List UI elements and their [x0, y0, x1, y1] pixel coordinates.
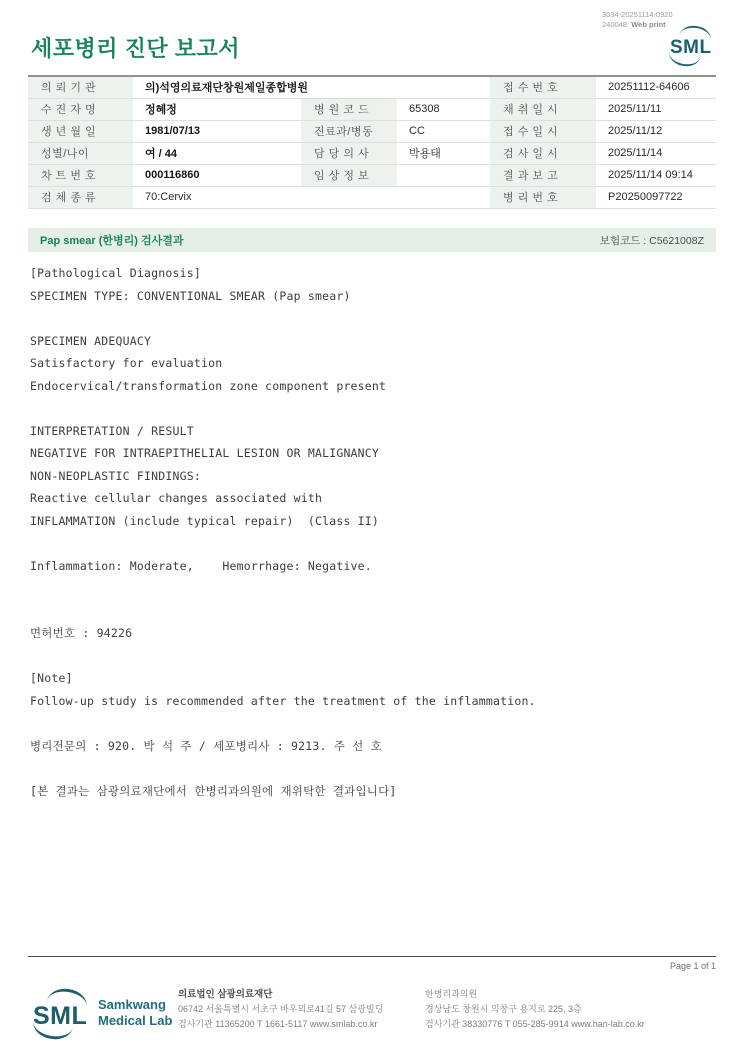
report-body-text: [Pathological Diagnosis] SPECIMEN TYPE: … [30, 262, 710, 802]
table-row: 성별/나이 여 / 44 담 당 의 사 박용태 검 사 일 시 2025/11… [28, 142, 716, 164]
org-info: 의료법인 삼광의료재단 06742 서울특별시 서초구 바우뫼로41길 57 삼… [178, 987, 383, 1032]
value-receipt-date: 2025/11/12 [596, 120, 716, 142]
partner-info: 한병리과의원 경상남도 창원시 의창구 용지로 225, 3층 검사기관 383… [425, 987, 645, 1032]
table-row: 생 년 월 일 1981/07/13 진료과/병동 CC 접 수 일 시 202… [28, 120, 716, 142]
label-receipt-no: 접 수 번 호 [490, 76, 596, 98]
value-clinical-info [397, 164, 490, 186]
org-contact: 검사기관 11365200 T 1661-5117 www.smlab.co.k… [178, 1017, 383, 1032]
label-hospital-code: 병 원 코 드 [301, 98, 397, 120]
footer-divider [28, 956, 716, 957]
patient-info-table: 의 뢰 기 관 의)석영의료재단창원제일종합병원 접 수 번 호 2025111… [28, 75, 716, 209]
value-receipt-no: 20251112-64606 [596, 76, 716, 98]
page-number-label: Page 1 of 1 [28, 961, 716, 971]
page-title: 세포병리 진단 보고서 [31, 32, 240, 63]
label-sex-age: 성별/나이 [28, 142, 133, 164]
label-specimen-type: 검 체 종 류 [28, 186, 133, 208]
print-meta: 3034-20251114-0920 240048 Web print [602, 10, 673, 30]
insurance-code: 보험코드 : C5621008Z [600, 233, 704, 248]
label-requesting-org: 의 뢰 기 관 [28, 76, 133, 98]
value-specimen-type: 70:Cervix [133, 186, 490, 208]
value-test-date: 2025/11/14 [596, 142, 716, 164]
result-section-bar: Pap smear (한병리) 검사결과 보험코드 : C5621008Z [28, 228, 716, 252]
label-birth-date: 생 년 월 일 [28, 120, 133, 142]
label-department: 진료과/병동 [301, 120, 397, 142]
value-requesting-org: 의)석영의료재단창원제일종합병원 [133, 76, 490, 98]
table-row: 차 트 번 호 000116860 임 상 정 보 결 과 보 고 2025/1… [28, 164, 716, 186]
sml-footer-logo-icon: SML [30, 989, 92, 1039]
label-clinical-info: 임 상 정 보 [301, 164, 397, 186]
value-pathology-no: P20250097722 [596, 186, 716, 208]
label-pathology-no: 병 리 번 호 [490, 186, 596, 208]
table-row: 의 뢰 기 관 의)석영의료재단창원제일종합병원 접 수 번 호 2025111… [28, 76, 716, 98]
label-result-report: 결 과 보 고 [490, 164, 596, 186]
org-name: 의료법인 삼광의료재단 [178, 987, 383, 1002]
lab-name: Samkwang Medical Lab [98, 997, 172, 1029]
table-row: 수 진 자 명 정혜정 병 원 코 드 65308 채 취 일 시 2025/1… [28, 98, 716, 120]
value-sex-age: 여 / 44 [133, 142, 301, 164]
partner-name: 한병리과의원 [425, 987, 645, 1002]
value-chart-no: 000116860 [133, 164, 301, 186]
partner-address: 경상남도 창원시 의창구 용지로 225, 3층 [425, 1002, 645, 1017]
value-doctor: 박용태 [397, 142, 490, 164]
label-receipt-date: 접 수 일 시 [490, 120, 596, 142]
label-collection-date: 채 취 일 시 [490, 98, 596, 120]
org-address: 06742 서울특별시 서초구 바우뫼로41길 57 삼광빌딩 [178, 1002, 383, 1017]
print-serial: 240048 [602, 20, 627, 29]
value-birth-date: 1981/07/13 [133, 120, 301, 142]
label-test-date: 검 사 일 시 [490, 142, 596, 164]
print-type: Web print [631, 20, 665, 29]
partner-contact: 검사기관 38330776 T 055-285-9914 www.han-lab… [425, 1017, 645, 1032]
footer-columns: SML Samkwang Medical Lab 의료법인 삼광의료재단 067… [28, 985, 716, 1047]
value-patient-name: 정혜정 [133, 98, 301, 120]
value-collection-date: 2025/11/11 [596, 98, 716, 120]
doc-number: 3034-20251114-0920 [602, 10, 673, 20]
sml-logo-icon: SML [666, 26, 714, 66]
label-patient-name: 수 진 자 명 [28, 98, 133, 120]
result-section-title: Pap smear (한병리) 검사결과 [40, 232, 183, 248]
lab-name-line2: Medical Lab [98, 1013, 172, 1029]
lab-name-line1: Samkwang [98, 997, 172, 1013]
label-doctor: 담 당 의 사 [301, 142, 397, 164]
print-info: 240048 Web print [602, 20, 673, 30]
label-chart-no: 차 트 번 호 [28, 164, 133, 186]
table-row: 검 체 종 류 70:Cervix 병 리 번 호 P20250097722 [28, 186, 716, 208]
report-page: 3034-20251114-0920 240048 Web print SML … [0, 0, 744, 1052]
value-department: CC [397, 120, 490, 142]
value-result-report: 2025/11/14 09:14 [596, 164, 716, 186]
page-footer: Page 1 of 1 SML Samkwang Medical Lab 의료법… [28, 956, 716, 1047]
value-hospital-code: 65308 [397, 98, 490, 120]
